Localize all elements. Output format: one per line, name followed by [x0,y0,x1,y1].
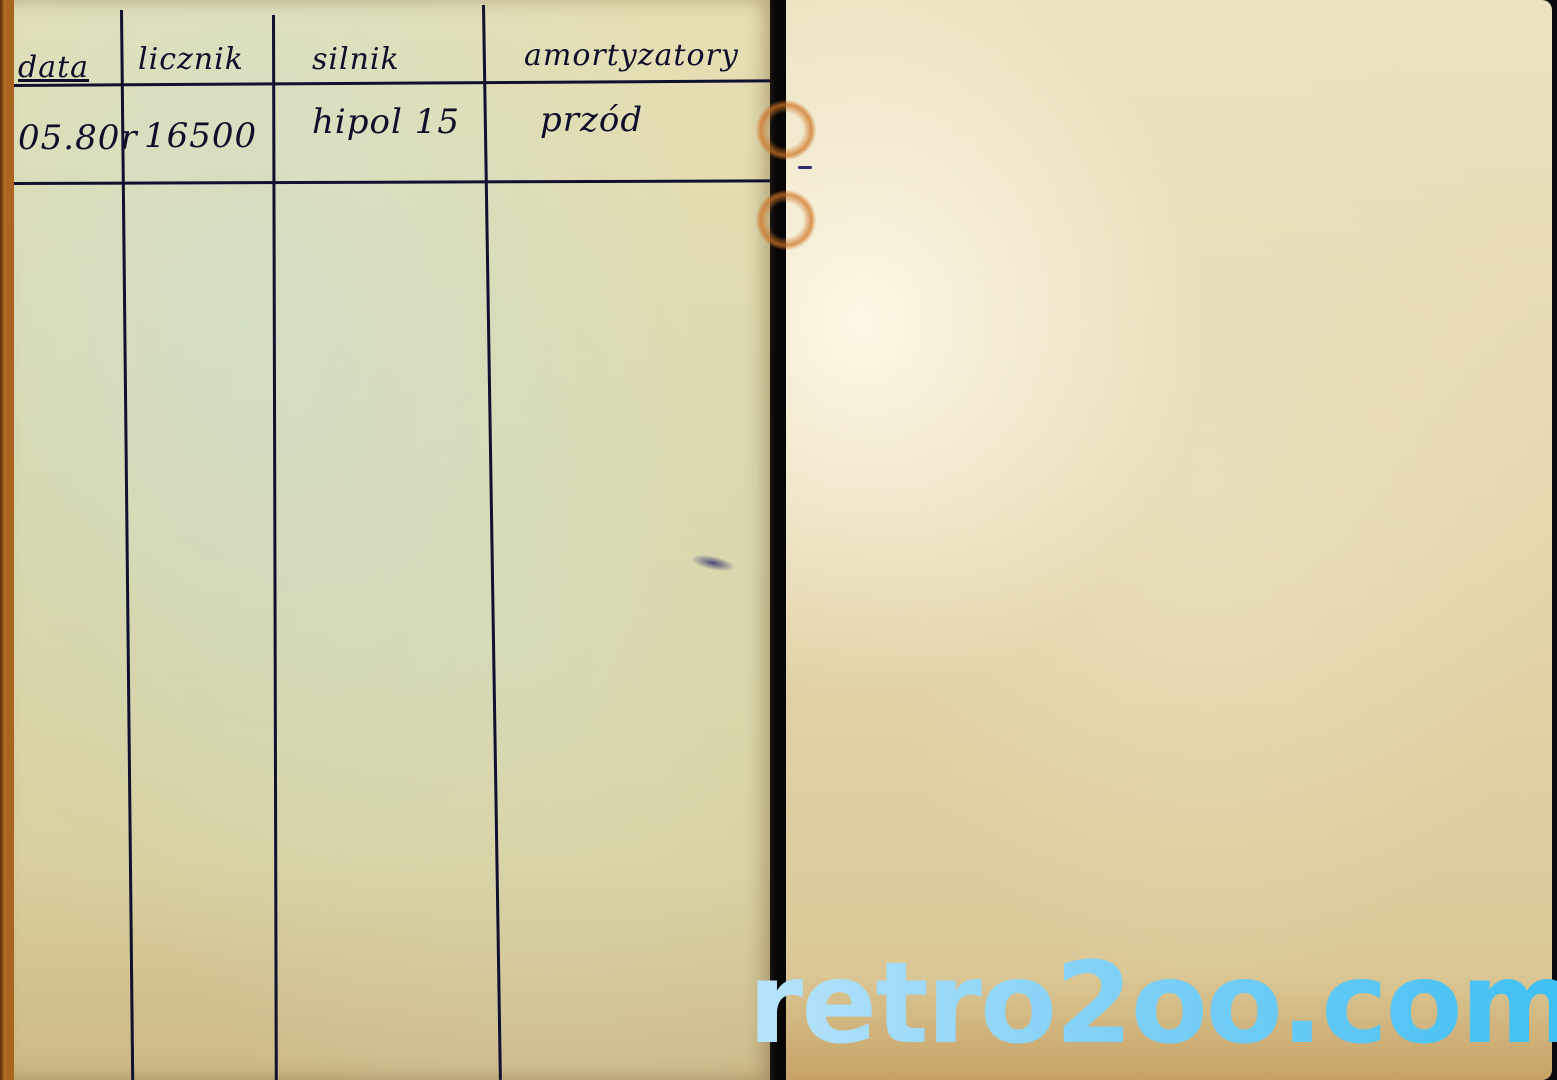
column-header-engine: silnik [312,42,400,77]
watermark-logo: retro2oo.com [748,948,1557,1060]
column-header-date: data [18,50,89,85]
cell-shock-absorbers: przód [540,100,643,140]
ink-smudge [689,551,737,574]
column-divider-line [272,15,278,1080]
right-page [786,0,1552,1080]
rust-stain [756,100,816,160]
column-divider-line [482,5,502,1080]
cell-date: 05.80r [18,118,138,158]
column-header-odometer: licznik [138,42,244,77]
pen-mark [798,166,812,169]
column-header-shock-absorbers: amortyzatory [524,38,739,73]
row-divider-line [14,179,784,185]
cell-odometer: 16500 [144,116,257,156]
column-divider-line [120,10,134,1080]
cell-engine: hipol 15 [312,102,460,142]
rust-stain [756,190,816,250]
header-divider-line [14,79,784,87]
left-page: data licznik silnik amortyzatory 05.80r … [0,0,778,1080]
